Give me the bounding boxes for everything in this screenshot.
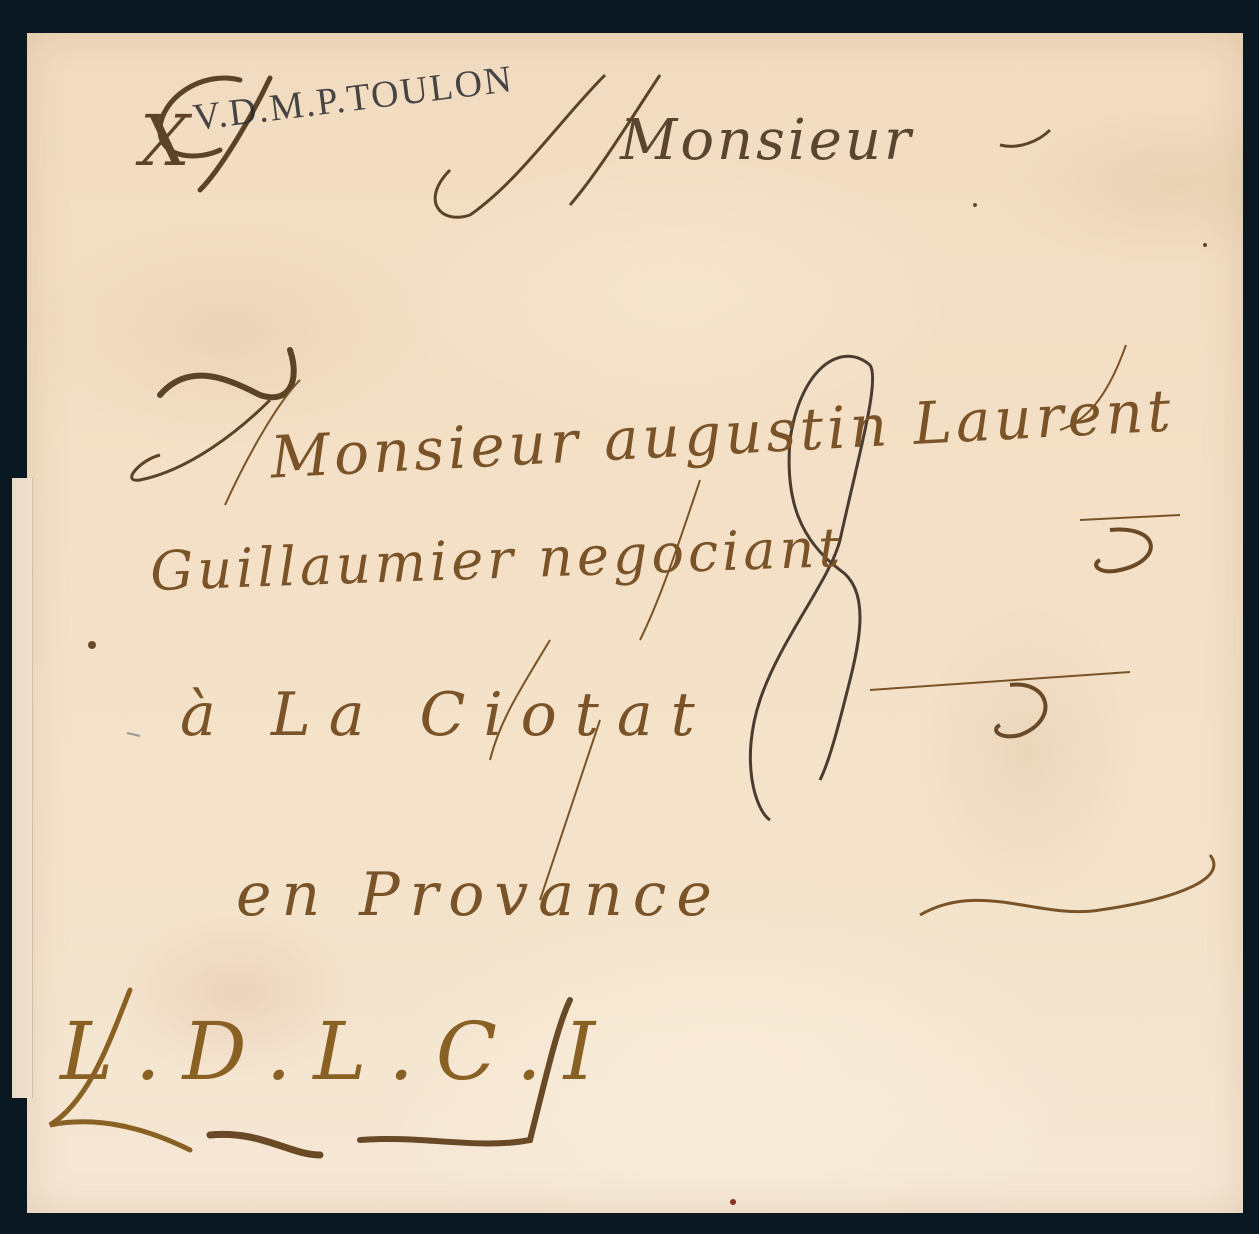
- top-salutation: Monsieur: [620, 108, 914, 173]
- folded-flap: [12, 478, 33, 1098]
- top-prefix-mark: X: [140, 100, 190, 182]
- address-line-4: en Provance: [236, 860, 722, 930]
- docket-initials: L.D.L.C.I: [60, 1005, 617, 1098]
- address-line-3: à La Ciotat: [180, 680, 713, 750]
